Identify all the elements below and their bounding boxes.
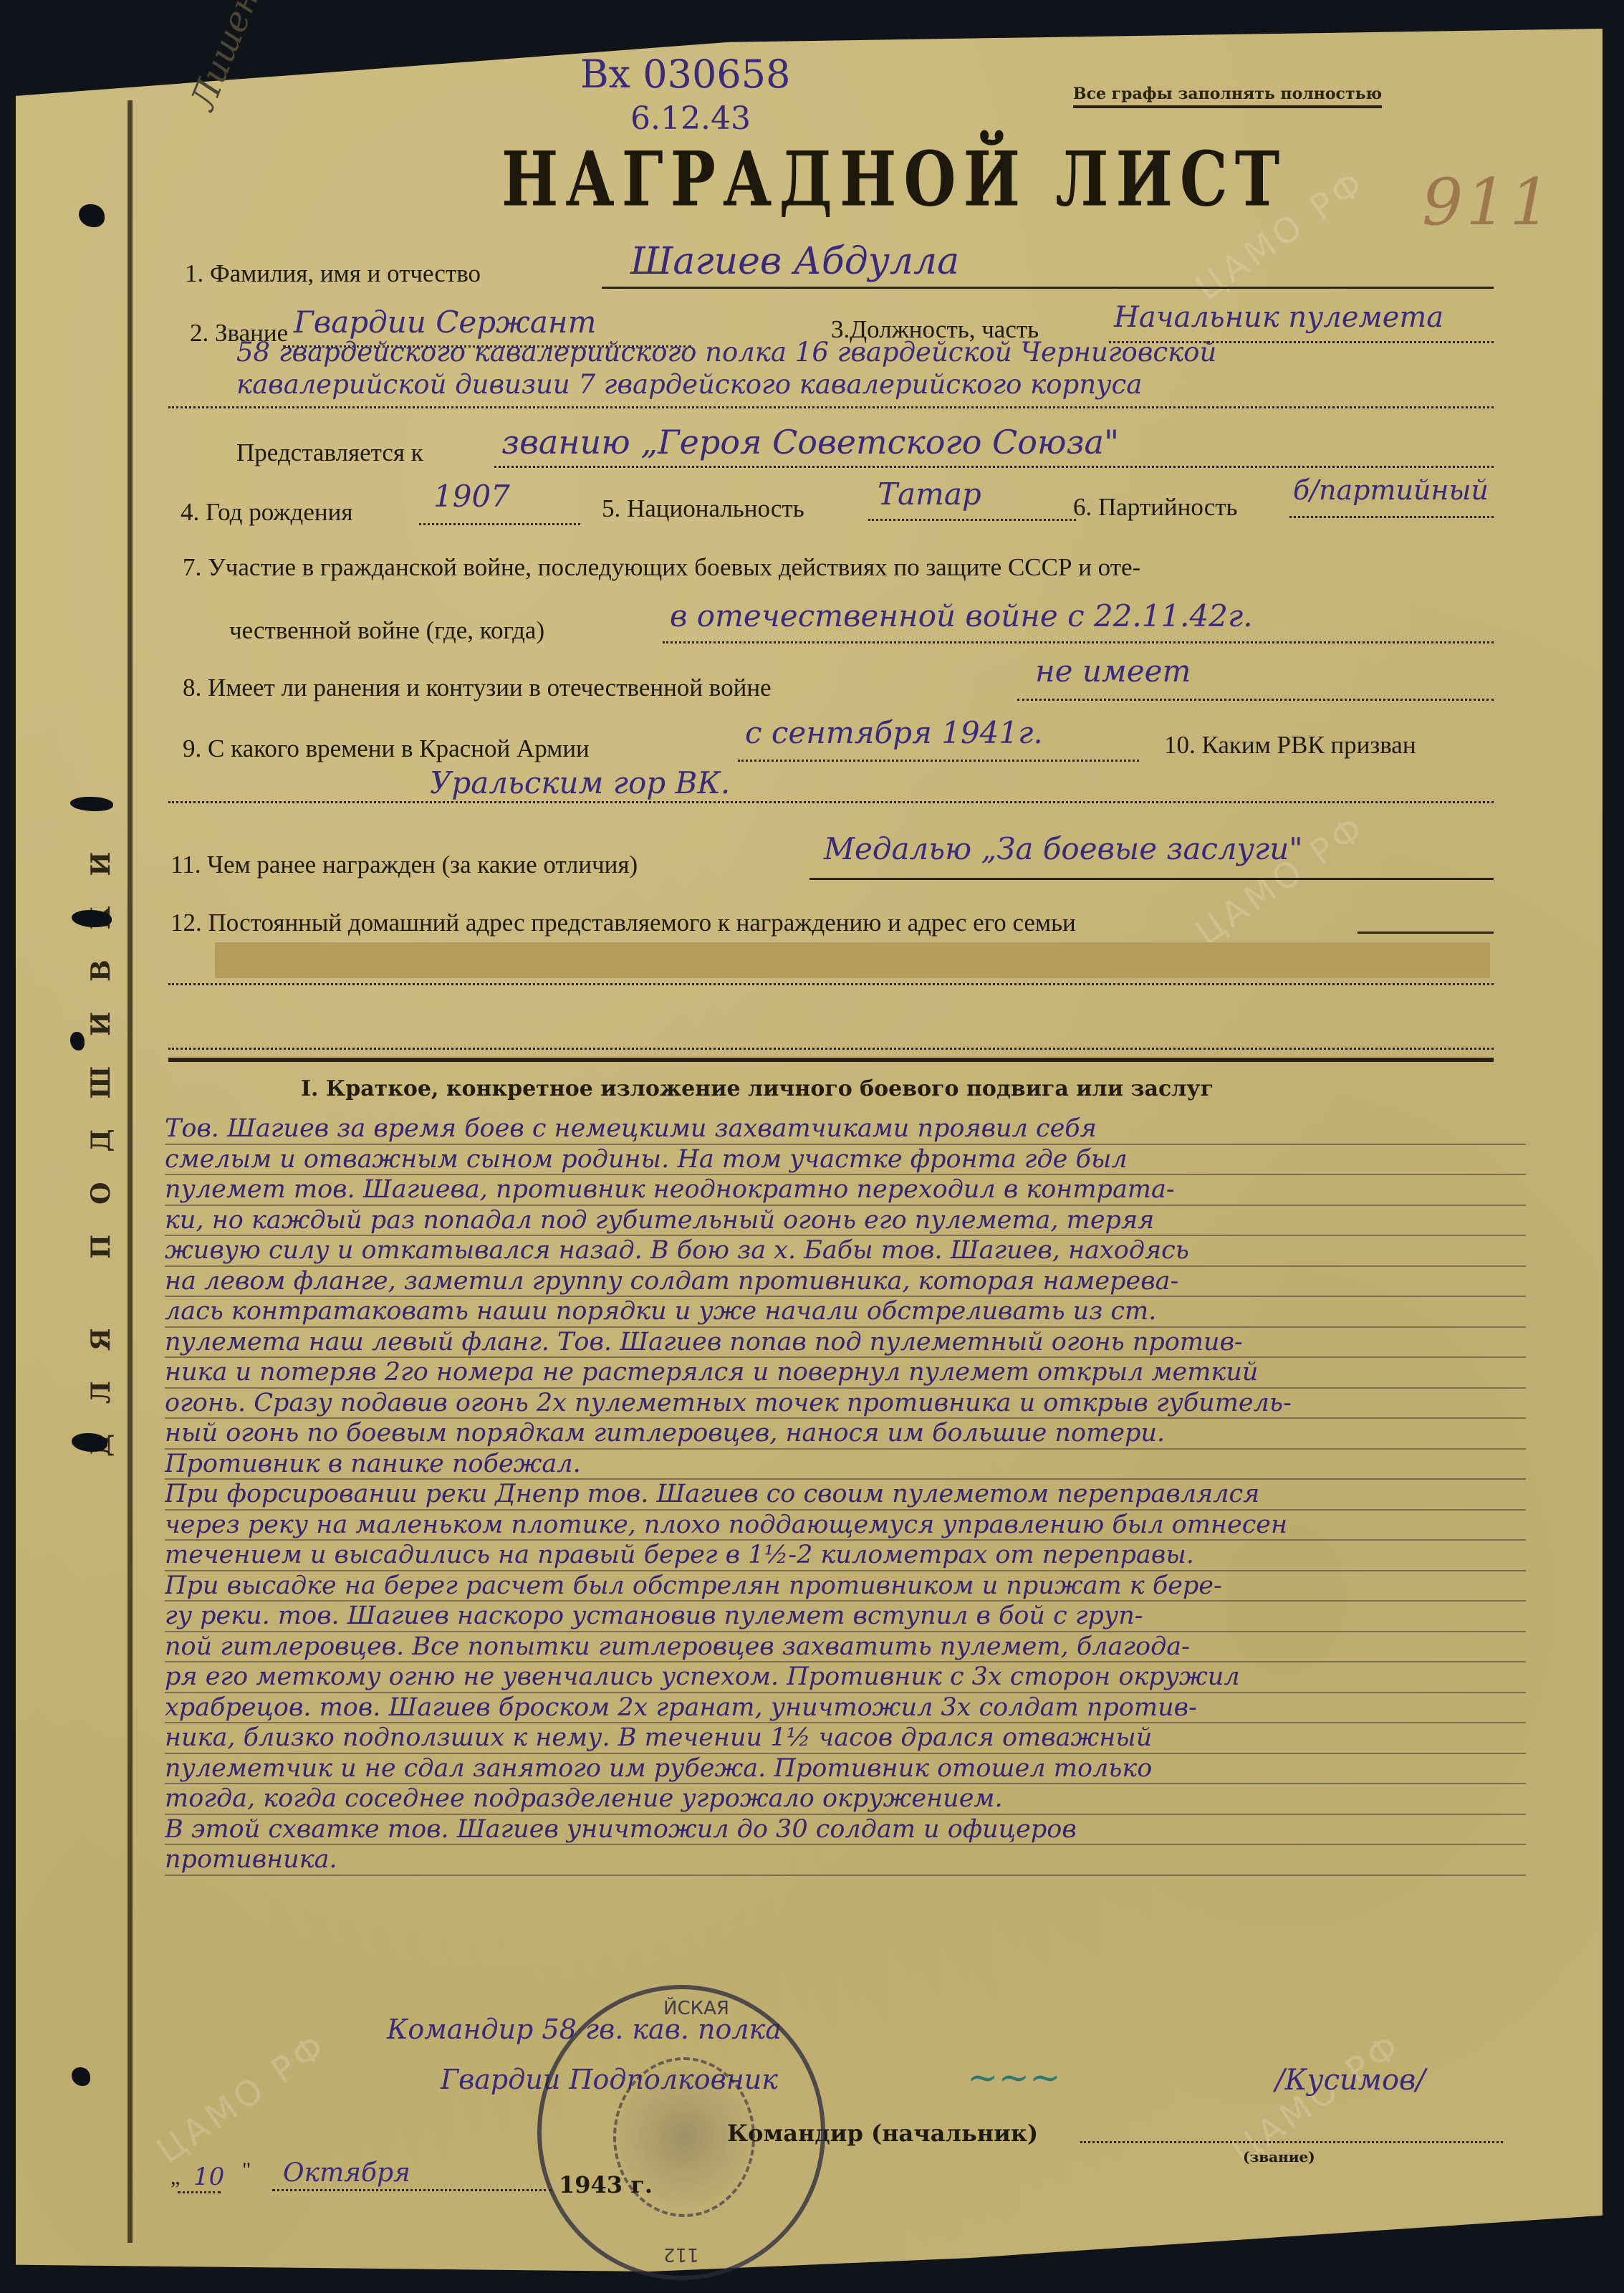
green-signature: ~~~ xyxy=(967,2057,1061,2100)
field-10-line xyxy=(168,801,1494,803)
narrative-line: на левом фланге, заметил группу солдат п… xyxy=(165,1267,1526,1298)
narrative-line: огонь. Сразу подавив огонь 2х пулеметных… xyxy=(165,1389,1526,1420)
field-1-value: Шагиев Абдулла xyxy=(630,240,959,283)
narrative-line: пулеметчик и не сдал занятого им рубежа.… xyxy=(165,1754,1526,1785)
narrative-line: ря его меткому огню не увенчались успехо… xyxy=(165,1662,1526,1693)
document-title: НАГРАДНОЙ ЛИСТ xyxy=(501,135,1287,224)
field-5-value: Татар xyxy=(878,477,981,512)
fill-instruction: Все графы заполнять полностью xyxy=(1073,85,1382,108)
narrative-line: лась контратаковать наши порядки и уже н… xyxy=(165,1297,1526,1328)
field-3-value-2: 58 гвардейского кавалерийского полка 16 … xyxy=(236,337,1216,368)
field-4-line xyxy=(419,523,580,525)
field-6-value: б/партийный xyxy=(1293,474,1489,506)
nominated-label: Представляется к xyxy=(236,439,423,467)
narrative-line: ника и потеряв 2го номера не растерялся … xyxy=(165,1358,1526,1389)
narrative-line: через реку на маленьком плотике, плохо п… xyxy=(165,1511,1526,1541)
field-12-label: 12. Постоянный домашний адрес представля… xyxy=(170,909,1076,937)
field-6-line xyxy=(1289,516,1494,518)
date-month: Октября xyxy=(283,2158,410,2188)
field-3-value-1: Начальник пулемета xyxy=(1114,301,1443,334)
stamp-emblem xyxy=(613,2057,755,2217)
narrative-line: пой гитлеровцев. Все попытки гитлеровцев… xyxy=(165,1632,1526,1663)
field-5-line xyxy=(868,519,1076,521)
narrative-line: пулемета наш левый фланг. Тов. Шагиев по… xyxy=(165,1328,1526,1359)
narrative-line: храбрецов. тов. Шагиев броском 2х гранат… xyxy=(165,1693,1526,1724)
corner-mark: 911 xyxy=(1422,165,1554,240)
date-open-quote: „ xyxy=(170,2165,180,2190)
narrative-line: живую силу и откатывался назад. В бою за… xyxy=(165,1236,1526,1267)
field-12-line-1 xyxy=(1358,932,1494,934)
narrative-line: ки, но каждый раз попадал под губительны… xyxy=(165,1206,1526,1237)
field-10-value: Уральским гор ВК. xyxy=(430,765,730,800)
narrative-line: Противник в панике побежал. xyxy=(165,1450,1526,1480)
field-3-line-2 xyxy=(168,406,1494,408)
narrative-line: течением и высадились на правый берег в … xyxy=(165,1541,1526,1571)
field-8-value: не имеет xyxy=(1035,654,1191,689)
date-month-line xyxy=(272,2189,552,2191)
field-9-value: с сентября 1941г. xyxy=(745,715,1043,750)
date-close-quote: " xyxy=(242,2158,251,2183)
field-9-label: 9. С какого времени в Красной Армии xyxy=(183,734,590,763)
official-stamp: ЙСКАЯ 112 xyxy=(537,1985,825,2280)
stamp-text-top: ЙСКАЯ xyxy=(663,1998,729,2019)
archive-date: 6.12.43 xyxy=(630,100,751,137)
narrative-line: При форсировании реки Днепр тов. Шагиев … xyxy=(165,1480,1526,1511)
punch-hole xyxy=(72,2067,90,2086)
redacted-address xyxy=(215,942,1490,978)
commander-line xyxy=(1080,2141,1503,2143)
field-5-label: 5. Национальность xyxy=(602,494,804,523)
narrative-line: противника. xyxy=(165,1845,1526,1876)
date-day-line xyxy=(178,2191,221,2193)
narrative-line: пулемет тов. Шагиева, противник неоднокр… xyxy=(165,1175,1526,1206)
field-7-line xyxy=(663,641,1494,643)
field-4-value: 1907 xyxy=(433,479,510,514)
section-heading: I. Краткое, конкретное изложение личного… xyxy=(301,1076,1214,1101)
binding-margin-label: ДЛЯ ПОДШИВКИ xyxy=(86,745,129,1533)
field-9-line xyxy=(738,760,1139,762)
nominated-value: званию „Героя Советского Союза" xyxy=(501,423,1119,461)
narrative-line: В этой схватке тов. Шагиев уничтожил до … xyxy=(165,1815,1526,1846)
date-day: 10 xyxy=(193,2163,224,2191)
narrative-line: ный огонь по боевым порядкам гитлеровцев… xyxy=(165,1419,1526,1450)
section-divider xyxy=(168,1058,1494,1062)
nominated-line xyxy=(494,466,1494,468)
field-12-line-3 xyxy=(168,1048,1494,1050)
field-2-value: Гвардии Сержант xyxy=(294,305,596,340)
field-11-value: Медалью „За боевые заслуги" xyxy=(824,831,1303,866)
field-11-label: 11. Чем ранее награжден (за какие отличи… xyxy=(170,851,638,879)
signatory-name: /Кусимов/ xyxy=(1275,2064,1426,2097)
narrative-line: тогда, когда соседнее подразделение угро… xyxy=(165,1784,1526,1815)
field-3-value-3: кавалерийской дивизии 7 гвардейского кав… xyxy=(236,369,1142,400)
field-1-line xyxy=(602,287,1494,289)
merit-narrative: Тов. Шагиев за время боев с немецкими за… xyxy=(165,1114,1526,1876)
narrative-line: Тов. Шагиев за время боев с немецкими за… xyxy=(165,1114,1526,1145)
field-12-line-2 xyxy=(168,983,1494,985)
narrative-line: гу реки. тов. Шагиев наскоро установив п… xyxy=(165,1602,1526,1632)
field-10-label: 10. Каким РВК призван xyxy=(1164,731,1416,760)
archive-number: Вх 030658 xyxy=(580,52,790,97)
field-11-line xyxy=(809,878,1494,880)
field-8-line xyxy=(1017,699,1494,701)
narrative-line: При высадке на берег расчет был обстреля… xyxy=(165,1571,1526,1602)
field-1-label: 1. Фамилия, имя и отчество xyxy=(185,259,481,288)
field-4-label: 4. Год рождения xyxy=(181,498,352,527)
field-7-label-2: чественной войне (где, когда) xyxy=(229,616,544,645)
narrative-line: ника, близко подползших к нему. В течени… xyxy=(165,1723,1526,1754)
narrative-line: смелым и отважным сыном родины. На том у… xyxy=(165,1145,1526,1176)
rank-caption: (звание) xyxy=(1243,2148,1315,2165)
field-7-label-1: 7. Участие в гражданской войне, последую… xyxy=(183,553,1140,582)
stamp-number: 112 xyxy=(663,2244,699,2265)
punch-hole xyxy=(70,1032,85,1050)
field-7-value: в отечественной войне с 22.11.42г. xyxy=(670,598,1253,633)
field-6-label: 6. Партийность xyxy=(1073,493,1238,522)
field-8-label: 8. Имеет ли ранения и контузии в отечест… xyxy=(183,674,772,702)
